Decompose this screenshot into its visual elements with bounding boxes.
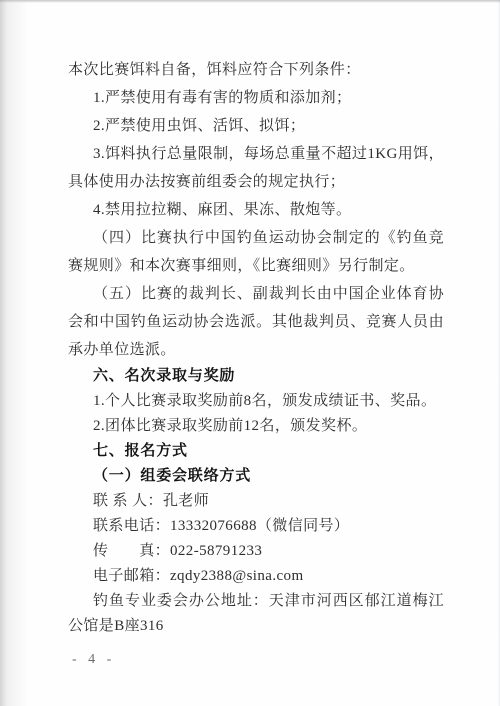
paragraph: 2.团体比赛录取奖励前12名，颁发奖杯。: [68, 414, 444, 439]
paragraph: 联 系 人：孔老师: [68, 489, 444, 514]
paragraph: 1.个人比赛录取奖励前8名，颁发成绩证书、奖品。: [68, 389, 444, 414]
paragraph: 钓鱼专业委会办公地址：天津市河西区郁江道梅江公馆是B座316: [68, 589, 444, 639]
text-block: 本次比赛饵料自备，饵料应符合下列条件：1.严禁使用有毒有害的物质和添加剂；2.严…: [68, 56, 444, 639]
paragraph: 本次比赛饵料自备，饵料应符合下列条件：: [68, 56, 444, 84]
page-number: - 4 -: [72, 652, 115, 668]
paragraph: 4.禁用拉拉糊、麻团、果冻、散炮等。: [68, 196, 444, 224]
document-page: 本次比赛饵料自备，饵料应符合下列条件：1.严禁使用有毒有害的物质和添加剂；2.严…: [0, 0, 500, 706]
paragraph: 传 真：022-58791233: [68, 539, 444, 564]
section-heading: （一）组委会联络方式: [68, 464, 444, 489]
paragraph: 2.严禁使用虫饵、活饵、拟饵；: [68, 112, 444, 140]
paragraph: （四）比赛执行中国钓鱼运动协会制定的《钓鱼竞赛规则》和本次赛事细则，《比赛细则》…: [68, 224, 444, 280]
paragraph: 电子邮箱：zqdy2388@sina.com: [68, 564, 444, 589]
paragraph: 联系电话：13332076688（微信同号）: [68, 514, 444, 539]
paragraph: 1.严禁使用有毒有害的物质和添加剂；: [68, 84, 444, 112]
section-heading: 六、名次录取与奖励: [68, 364, 444, 389]
paragraph: 3.饵料执行总量限制，每场总重量不超过1KG用饵，具体使用办法按赛前组委会的规定…: [68, 140, 444, 196]
section-heading: 七、报名方式: [68, 439, 444, 464]
paragraph: （五）比赛的裁判长、副裁判长由中国企业体育协会和中国钓鱼运动协会选派。其他裁判员…: [68, 280, 444, 364]
